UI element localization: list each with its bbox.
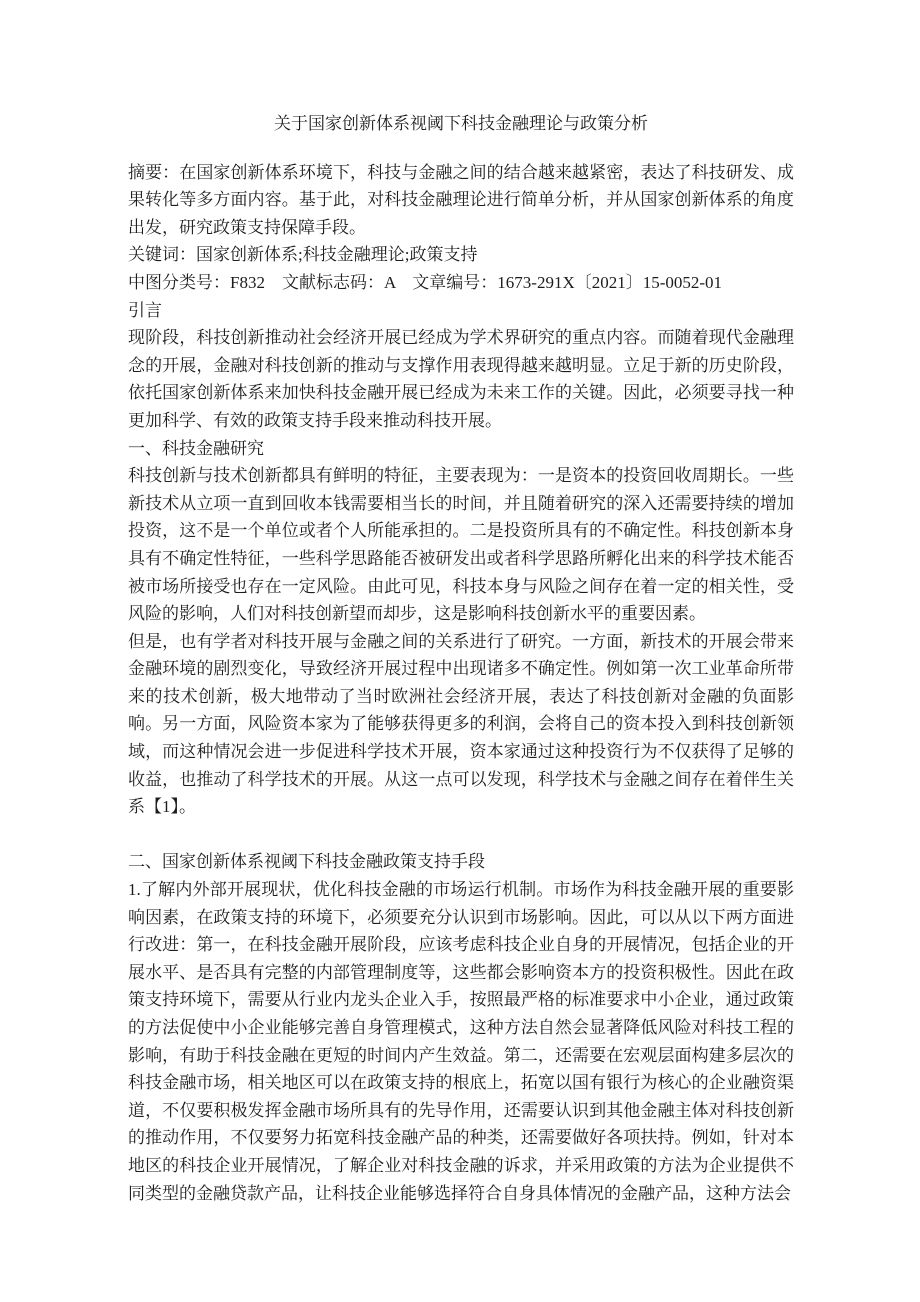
keywords-line: 关键词：国家创新体系;科技金融理论;政策支持: [128, 241, 794, 269]
section-2-paragraph-1: 1.了解内外部开展现状，优化科技金融的市场运行机制。市场作为科技金融开展的重要影…: [128, 876, 794, 1207]
section-heading-introduction: 引言: [128, 297, 794, 325]
section-heading-1: 一、科技金融研究: [128, 435, 794, 463]
classification-line: 中图分类号：F832 文献标志码：A 文章编号：1673-291X〔2021〕1…: [128, 269, 794, 297]
document-title: 关于国家创新体系视阈下科技金融理论与政策分析: [128, 110, 794, 138]
section-heading-2: 二、国家创新体系视阈下科技金融政策支持手段: [128, 848, 794, 876]
introduction-paragraph: 现阶段，科技创新推动社会经济开展已经成为学术界研究的重点内容。而随着现代金融理念…: [128, 324, 794, 434]
section-1-paragraph-2: 但是，也有学者对科技开展与金融之间的关系进行了研究。一方面，新技术的开展会带来金…: [128, 628, 794, 821]
abstract-paragraph: 摘要：在国家创新体系环境下，科技与金融之间的结合越来越紧密，表达了科技研发、成果…: [128, 159, 794, 242]
blank-line: [128, 821, 794, 849]
section-1-paragraph-1: 科技创新与技术创新都具有鲜明的特征，主要表现为：一是资本的投资回收周期长。一些新…: [128, 462, 794, 628]
document-page: 关于国家创新体系视阈下科技金融理论与政策分析 摘要：在国家创新体系环境下，科技与…: [0, 0, 920, 1302]
